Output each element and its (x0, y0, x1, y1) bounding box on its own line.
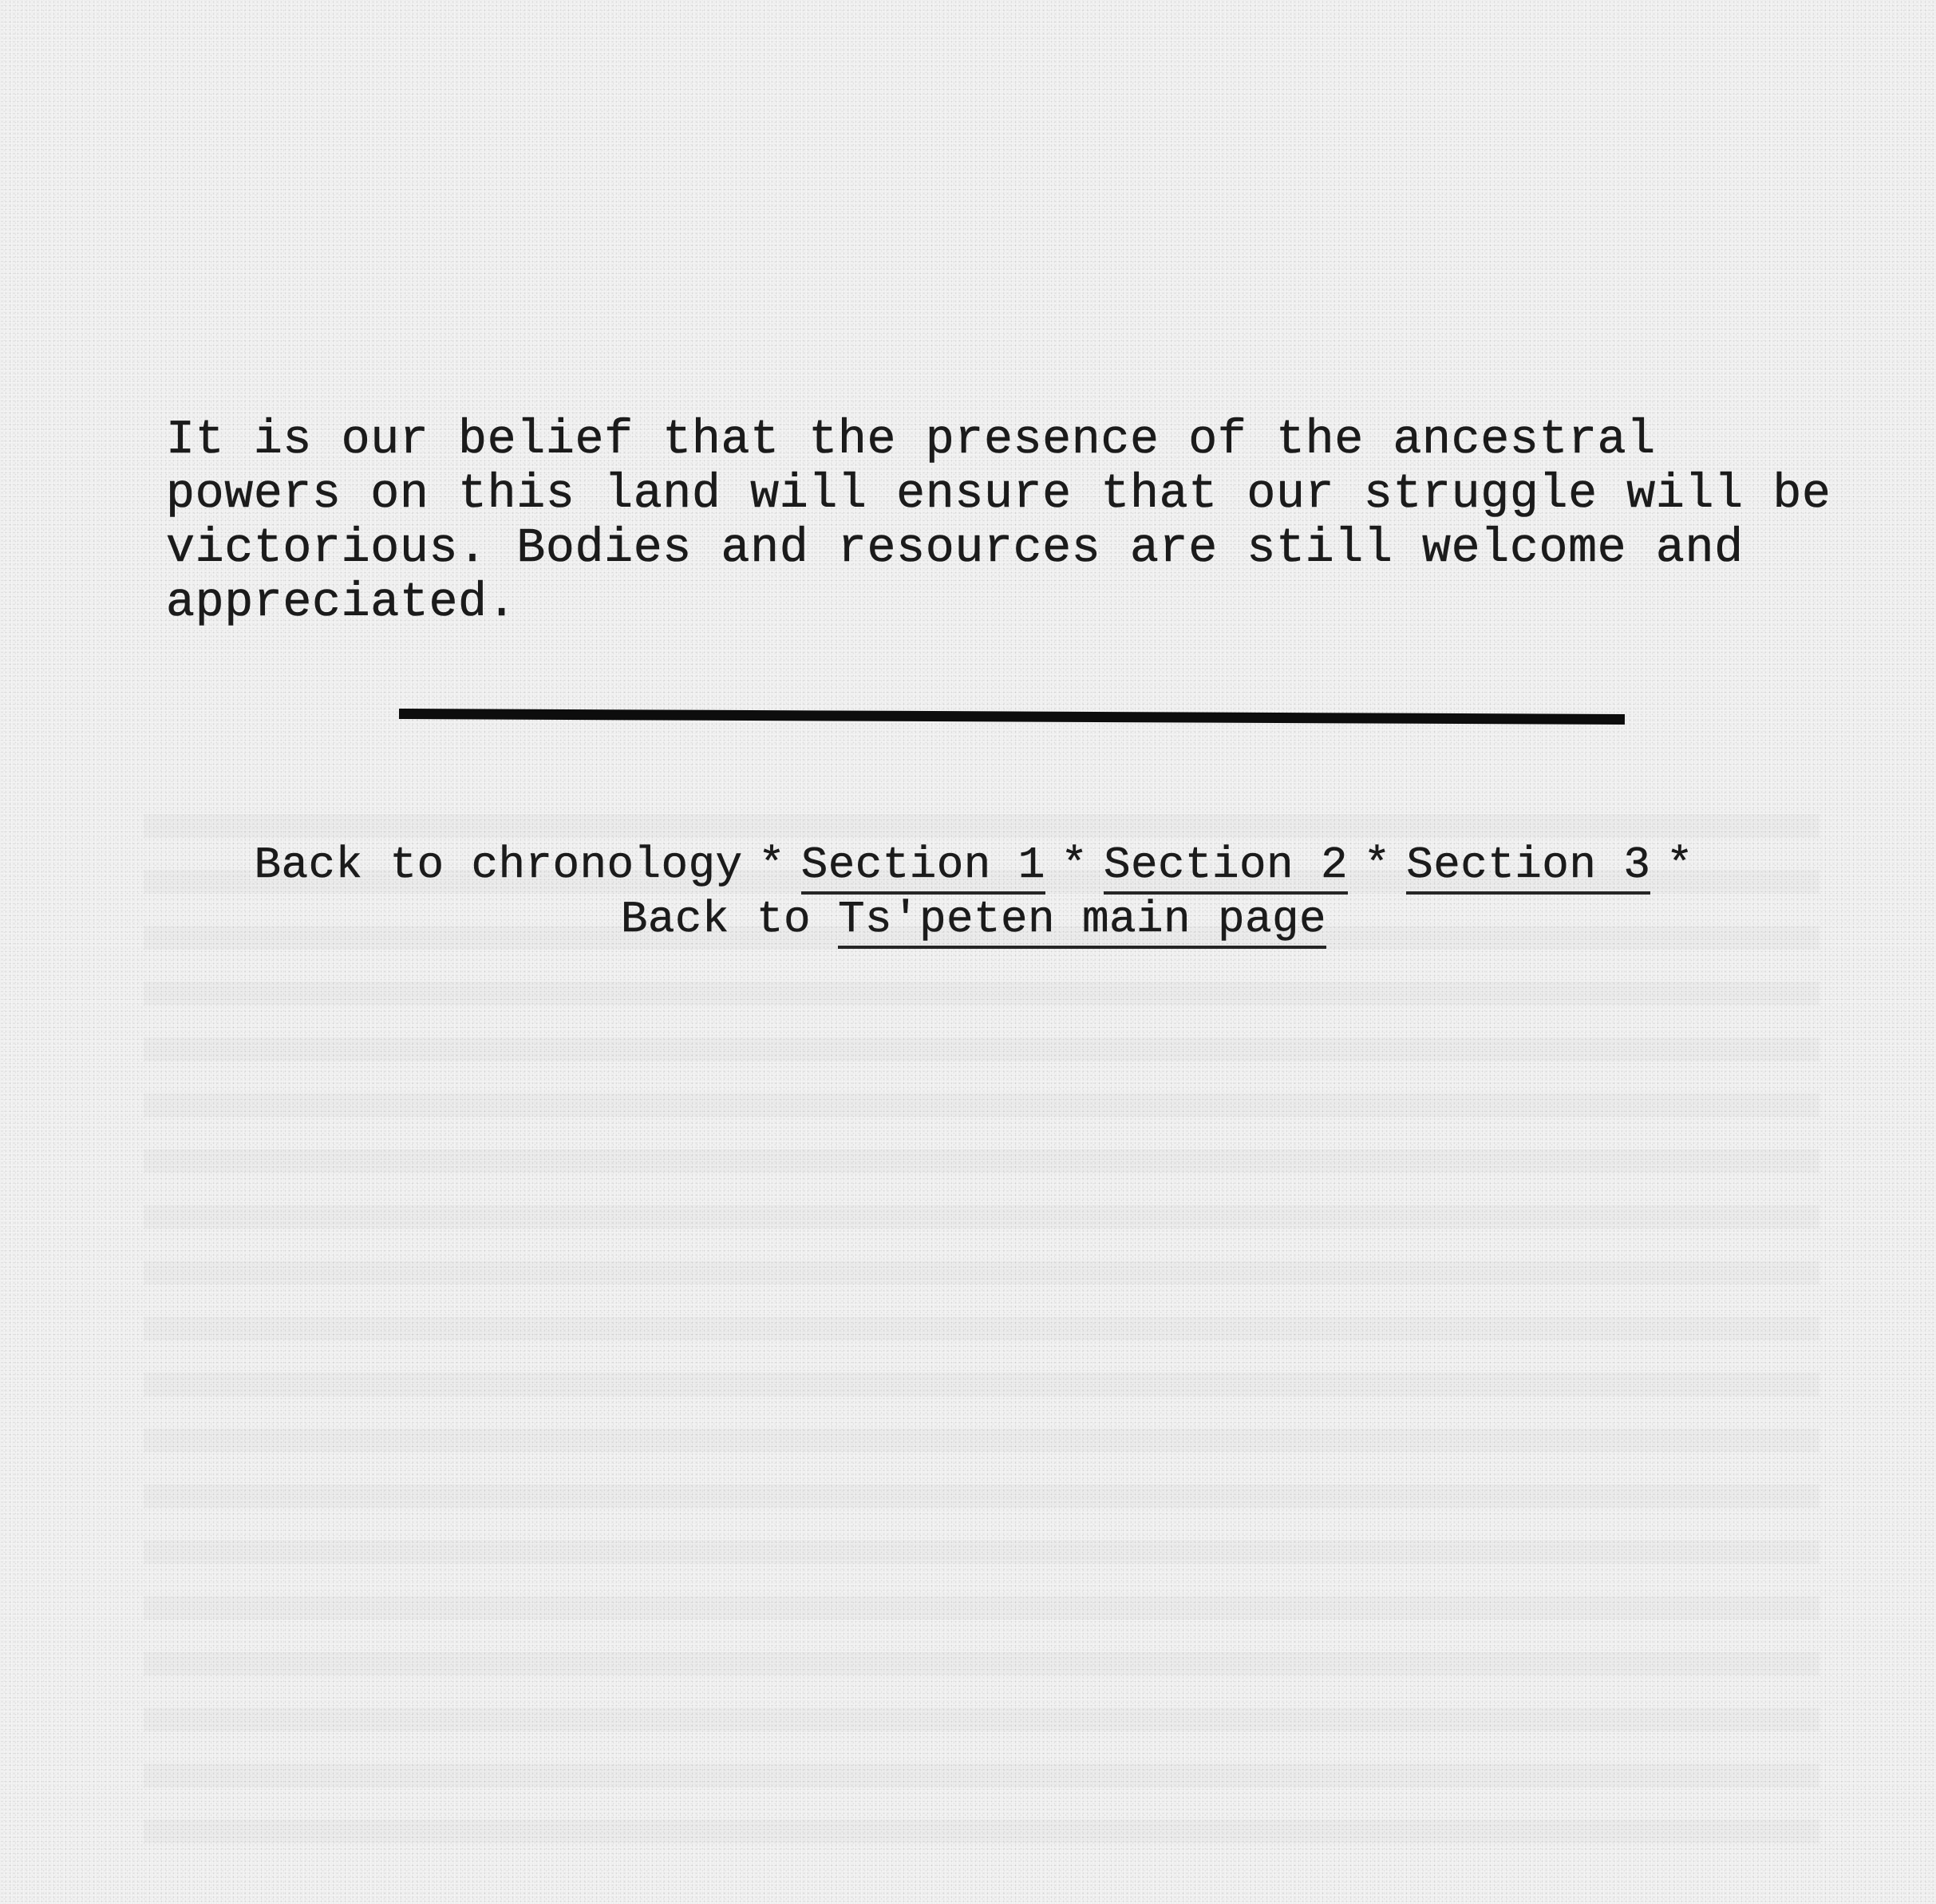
footer-navigation: Back to chronology*Section 1*Section 2*S… (120, 838, 1843, 946)
nav-separator: * (1348, 839, 1406, 891)
back-to-chronology-text: Back to chronology (254, 839, 742, 891)
nav-separator: * (1650, 839, 1709, 891)
nav-separator: * (1045, 839, 1104, 891)
paragraph-line: It is our belief that the presence of th… (166, 413, 1656, 468)
paragraph-line: victorious. Bodies and resources are sti… (166, 522, 1744, 576)
tspeten-main-page-link[interactable]: Ts'peten main page (838, 894, 1326, 949)
section-3-link[interactable]: Section 3 (1406, 839, 1650, 895)
scanned-page: It is our belief that the presence of th… (0, 0, 1936, 1904)
nav-line-main-page: Back to Ts'peten main page (104, 892, 1843, 946)
paragraph-line: powers on this land will ensure that our… (166, 468, 1831, 522)
section-2-link[interactable]: Section 2 (1104, 839, 1348, 895)
nav-separator: * (743, 839, 801, 891)
horizontal-rule (399, 709, 1625, 725)
back-to-prefix-text: Back to (621, 894, 811, 945)
paragraph-line: appreciated. (166, 576, 516, 630)
nav-line-sections: Back to chronology*Section 1*Section 2*S… (120, 838, 1843, 892)
body-paragraph: It is our belief that the presence of th… (166, 413, 1874, 630)
section-1-link[interactable]: Section 1 (801, 839, 1045, 895)
